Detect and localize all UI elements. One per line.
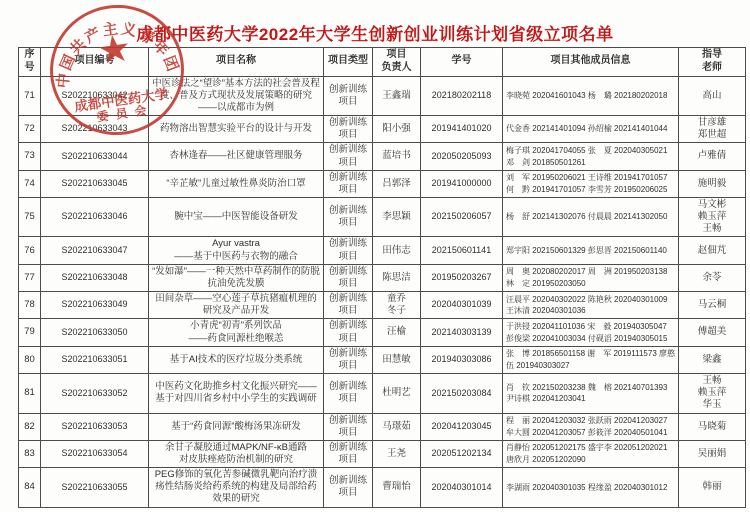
row-number: 80: [19, 346, 41, 373]
project-leader: 曹瑞怡: [373, 468, 421, 507]
project-name: 基于“药食同源”酸梅汤果冻研发: [149, 413, 324, 440]
row-number: 75: [19, 198, 41, 237]
student-id: 202180202118: [421, 76, 503, 115]
project-leader: 蓝培书: [373, 143, 421, 170]
project-type: 创新训练项目: [324, 468, 373, 507]
project-name: Ayur vastra ——基于中医药与衣物的融合: [149, 237, 324, 264]
row-number: 83: [19, 440, 41, 467]
table-row: 79 S202210633050 小青虎“初青”系列饮品 ——药食同源杜绝喉恙 …: [19, 319, 746, 346]
project-type: 创新训练项目: [324, 319, 373, 346]
project-type: 创新训练项目: [324, 116, 373, 143]
project-leader: 田慧敏: [373, 346, 421, 373]
project-code: S202210633052: [41, 374, 149, 413]
project-leader: 王鑫瑞: [373, 76, 421, 115]
other-members: 郑宇阳 202150601329 彭思晋 202150601140: [503, 237, 679, 264]
project-leader: 童乔 冬子: [373, 292, 421, 319]
header-project-name: 项目名称: [149, 48, 324, 77]
project-name: 田间杂草——空心莲子草抗猪瘟机理的研究及产品开发: [149, 292, 324, 319]
project-name: 中医药文化助推乡村文化振兴研究——基于对四川省乡村中小学生的实践调研: [149, 374, 324, 413]
project-type: 创新训练项目: [324, 413, 373, 440]
project-leader: 阳小强: [373, 116, 421, 143]
row-number: 82: [19, 413, 41, 440]
student-id: 202051202134: [421, 440, 503, 467]
row-number: 72: [19, 116, 41, 143]
advisor: 傅超美: [679, 319, 746, 346]
project-leader: 汪榆: [373, 319, 421, 346]
other-members: 肖静怡 202051202175 盛宇李 202051202021 唐欣月 20…: [503, 440, 679, 467]
student-id: 201950203267: [421, 264, 503, 291]
project-leader: 杜明艺: [373, 374, 421, 413]
page-title: 成都中医药大学2022年大学生创新创业训练计划省级立项名单: [0, 20, 750, 45]
advisor: 高山: [679, 76, 746, 115]
project-code: S202210633051: [41, 346, 149, 373]
advisor: 赵佃芃: [679, 237, 746, 264]
table-row: 71 S202210633042 中医诊法之“望诊”基本方法的社会普及程度、普及…: [19, 76, 746, 115]
student-id: 201941000000: [421, 170, 503, 197]
project-code: S202210633048: [41, 264, 149, 291]
project-name: 杏林逢春——社区健康管理服务: [149, 143, 324, 170]
project-name: 药物溶出智慧实验平台的设计与开发: [149, 116, 324, 143]
project-code: S202210633055: [41, 468, 149, 507]
project-type: 创新训练项目: [324, 170, 373, 197]
project-name: 余甘子凝胶通过MAPK/NF-κB通路 对皮肤痤疮防治机制的研究: [149, 440, 324, 467]
table-row: 73 S202210633044 杏林逢春——社区健康管理服务 创新训练项目 蓝…: [19, 143, 746, 170]
student-id: 202040301039: [421, 292, 503, 319]
row-number: 76: [19, 237, 41, 264]
advisor: 施明毅: [679, 170, 746, 197]
other-members: 代金香 202141401094 孙绍榆 202141401044: [503, 116, 679, 143]
project-code: S202210633054: [41, 440, 149, 467]
table-body: 71 S202210633042 中医诊法之“望诊”基本方法的社会普及程度、普及…: [19, 76, 746, 507]
student-id: 201941401020: [421, 116, 503, 143]
advisor: 马文彬 赖玉萍 王畅: [679, 198, 746, 237]
row-number: 71: [19, 76, 41, 115]
row-number: 79: [19, 319, 41, 346]
table-row: 82 S202210633053 基于“药食同源”酸梅汤果冻研发 创新训练项目 …: [19, 413, 746, 440]
other-members: 张 博 201856501158 谢 军 2019111573 廖憨伍 2019…: [503, 346, 679, 373]
project-leader: 马璟茹: [373, 413, 421, 440]
table-row: 77 S202210633048 “发如瀑”——一种天然中草药制作的防脱抗油免洗…: [19, 264, 746, 291]
other-members: 周 奥 202080202017 周 洲 201950203138 林 定 20…: [503, 264, 679, 291]
table-row: 78 S202210633049 田间杂草——空心莲子草抗猪瘟机理的研究及产品开…: [19, 292, 746, 319]
table-row: 75 S202210633046 腕中宝——中医智能设备研发 创新训练项目 李思…: [19, 198, 746, 237]
project-code: S202210633050: [41, 319, 149, 346]
header-other-members: 项目其他成员信息: [503, 48, 679, 77]
project-name: 中医诊法之“望诊”基本方法的社会普及程度、普及方式现状及发展策略的研究——以成都…: [149, 76, 324, 115]
project-type: 创新训练项目: [324, 346, 373, 373]
table-row: 80 S202210633051 基于AI技术的医疗垃圾分类系统 创新训练项目 …: [19, 346, 746, 373]
advisor: 马晓菊: [679, 413, 746, 440]
row-number: 74: [19, 170, 41, 197]
row-number: 77: [19, 264, 41, 291]
other-members: 李晓菀 202041601043 杨 璐 202180202018: [503, 76, 679, 115]
project-code: S202210633053: [41, 413, 149, 440]
other-members: 肖 钦 202150203238 魏 榕 202140701393 尹诗棋 20…: [503, 374, 679, 413]
advisor: 吴丽娟: [679, 440, 746, 467]
projects-table: 序号 项目编号 项目名称 项目类型 项目 负责人 学号 项目其他成员信息 指导 …: [18, 47, 746, 508]
student-id: 202041203045: [421, 413, 503, 440]
other-members: 程 丽 202041203032 张跃雨 202041203027 牟大圆 20…: [503, 413, 679, 440]
project-type: 创新训练项目: [324, 198, 373, 237]
student-id: 202150203084: [421, 374, 503, 413]
project-type: 创新训练项目: [324, 292, 373, 319]
other-members: 杨 舒 202141302076 付晨晨 202141302050: [503, 198, 679, 237]
advisor: 韩丽: [679, 468, 746, 507]
row-number: 73: [19, 143, 41, 170]
project-code: S202210633046: [41, 198, 149, 237]
project-name: 小青虎“初青”系列饮品 ——药食同源杜绝喉恙: [149, 319, 324, 346]
header-student-id: 学号: [421, 48, 503, 77]
student-id: 202150206057: [421, 198, 503, 237]
row-number: 78: [19, 292, 41, 319]
project-type: 创新训练项目: [324, 237, 373, 264]
project-code: S202210633044: [41, 143, 149, 170]
other-members: 汪晨平 202040302022 陈艳秋 202040301009 王沐清 20…: [503, 292, 679, 319]
other-members: 于洪锓 202041101036 宋 毅 201940305047 彭俊梁 20…: [503, 319, 679, 346]
table-header: 序号 项目编号 项目名称 项目类型 项目 负责人 学号 项目其他成员信息 指导 …: [19, 48, 746, 77]
advisor: 马云桐: [679, 292, 746, 319]
project-name: PEG修饰的氧化苦参碱微乳靶向治疗溃疡性结肠炎给药系统的构建及局部给药效果的研究: [149, 468, 324, 507]
project-leader: 李思颖: [373, 198, 421, 237]
project-name: 腕中宝——中医智能设备研发: [149, 198, 324, 237]
project-type: 创新训练项目: [324, 264, 373, 291]
project-type: 创新训练项目: [324, 374, 373, 413]
student-id: 202150601141: [421, 237, 503, 264]
advisor: 卢雅倩: [679, 143, 746, 170]
project-type: 创新训练项目: [324, 76, 373, 115]
project-code: S202210633049: [41, 292, 149, 319]
header-project-code: 项目编号: [41, 48, 149, 77]
header-leader: 项目 负责人: [373, 48, 421, 77]
header-no: 序号: [19, 48, 41, 77]
project-name: “发如瀑”——一种天然中草药制作的防脱抗油免洗发膜: [149, 264, 324, 291]
other-members: 刘 军 201950206021 王诗维 201941701057 何 黔 20…: [503, 170, 679, 197]
advisor: 余苓: [679, 264, 746, 291]
project-leader: 王尧: [373, 440, 421, 467]
student-id: 202140303139: [421, 319, 503, 346]
row-number: 84: [19, 468, 41, 507]
project-leader: 吕郭泽: [373, 170, 421, 197]
project-leader: 陈思洁: [373, 264, 421, 291]
header-project-type: 项目类型: [324, 48, 373, 77]
advisor: 梁鑫: [679, 346, 746, 373]
other-members: 梅子琪 202041704055 张 夏 202040305021 邓 剑 20…: [503, 143, 679, 170]
advisor: 王畅 赖玉萍 华玉: [679, 374, 746, 413]
project-code: S202210633043: [41, 116, 149, 143]
header-advisor: 指导 老师: [679, 48, 746, 77]
table-row: 74 S202210633045 “辛芷敏”儿童过敏性鼻炎防治口罩 创新训练项目…: [19, 170, 746, 197]
table-row: 84 S202210633055 PEG修饰的氧化苦参碱微乳靶向治疗溃疡性结肠炎…: [19, 468, 746, 507]
table-row: 72 S202210633043 药物溶出智慧实验平台的设计与开发 创新训练项目…: [19, 116, 746, 143]
project-code: S202210633045: [41, 170, 149, 197]
project-name: “辛芷敏”儿童过敏性鼻炎防治口罩: [149, 170, 324, 197]
project-name: 基于AI技术的医疗垃圾分类系统: [149, 346, 324, 373]
table-row: 76 S202210633047 Ayur vastra ——基于中医药与衣物的…: [19, 237, 746, 264]
advisor: 甘彦雄 郑世超: [679, 116, 746, 143]
table-row: 81 S202210633052 中医药文化助推乡村文化振兴研究——基于对四川省…: [19, 374, 746, 413]
student-id: 201940303086: [421, 346, 503, 373]
student-id: 202040301014: [421, 468, 503, 507]
table-row: 83 S202210633054 余甘子凝胶通过MAPK/NF-κB通路 对皮肤…: [19, 440, 746, 467]
other-members: 李湖雨 202040301035 程缘盈 202040301012: [503, 468, 679, 507]
project-code: S202210633047: [41, 237, 149, 264]
row-number: 81: [19, 374, 41, 413]
student-id: 202050205093: [421, 143, 503, 170]
project-leader: 田伟志: [373, 237, 421, 264]
project-type: 创新训练项目: [324, 440, 373, 467]
project-code: S202210633042: [41, 76, 149, 115]
project-type: 创新训练项目: [324, 143, 373, 170]
